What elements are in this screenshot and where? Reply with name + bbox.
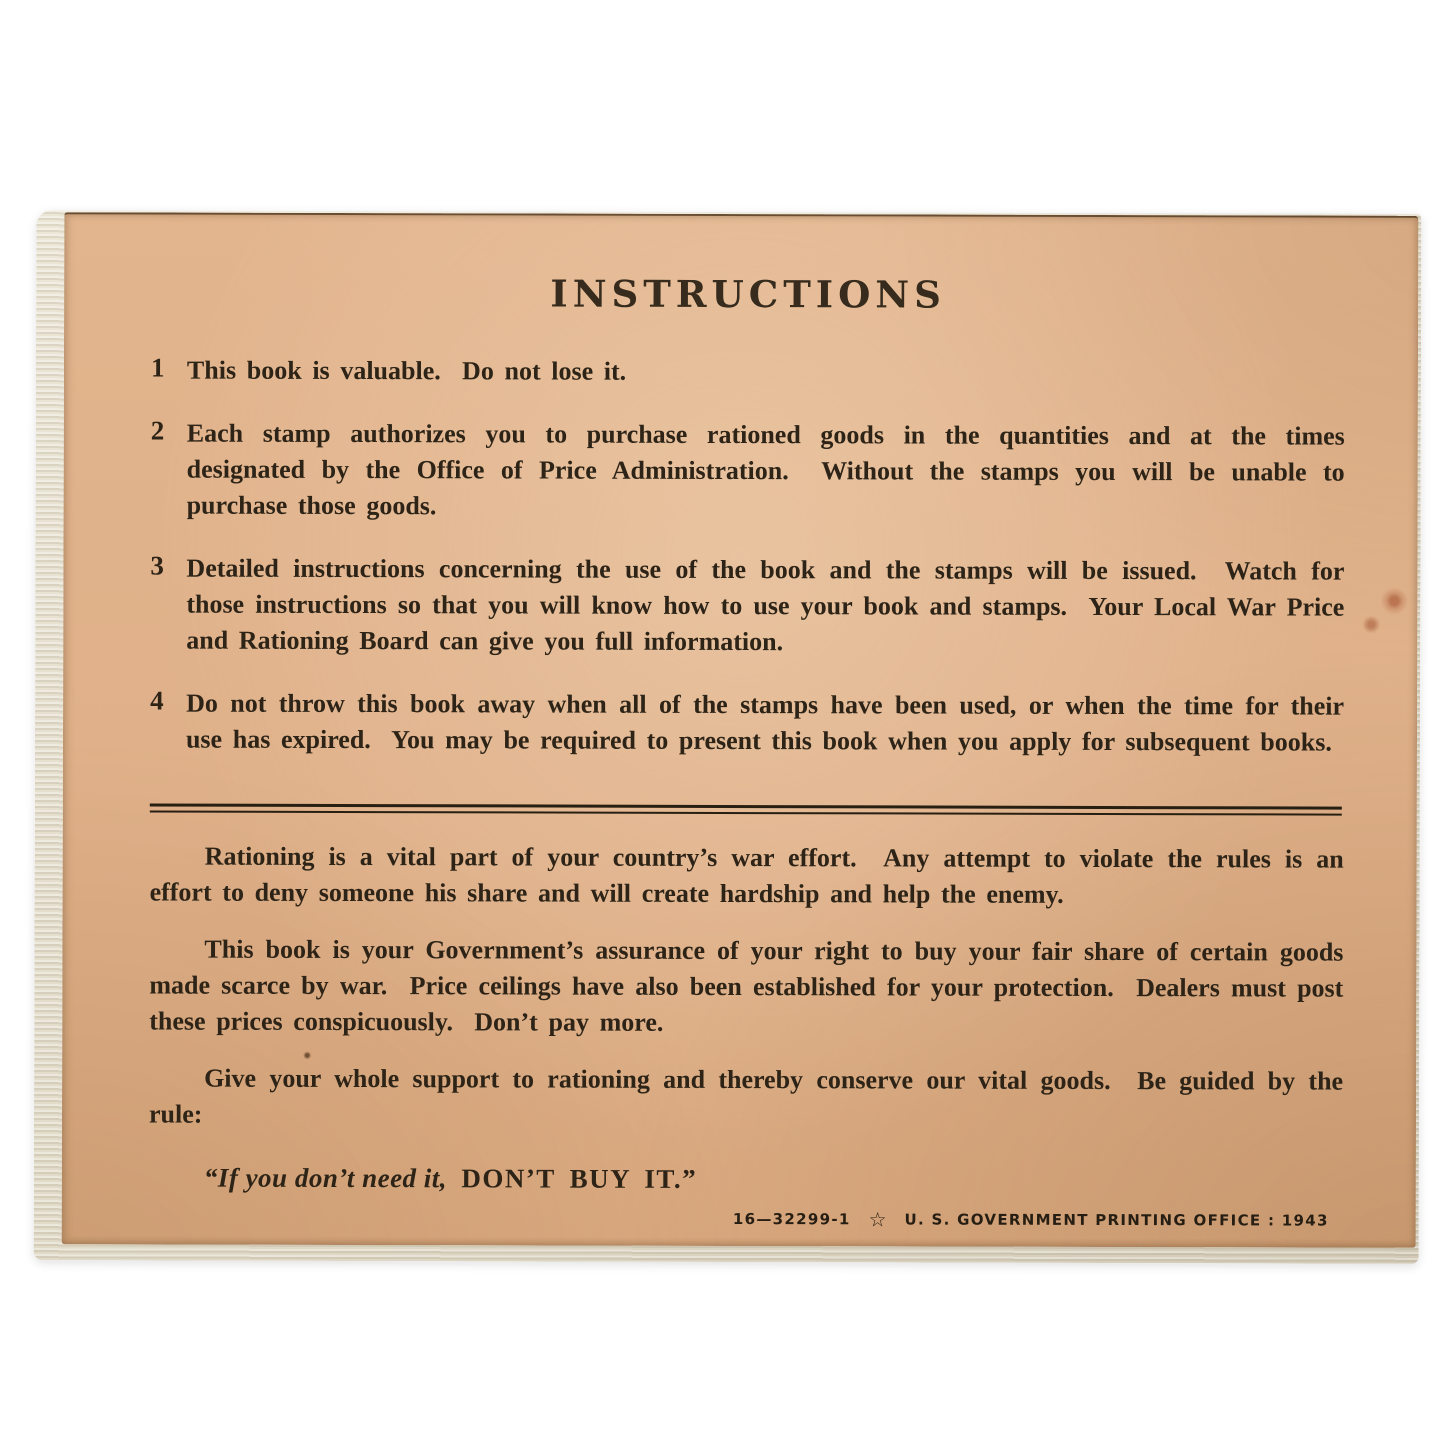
- rule-quote: “If you don’t need it, DON’T BUY IT.”: [204, 1163, 1343, 1197]
- item-text: Detailed instructions concerning the use…: [186, 551, 1344, 662]
- page-title: INSTRUCTIONS: [151, 270, 1345, 317]
- instruction-item: 3 Detailed instructions concerning the u…: [150, 550, 1344, 661]
- instruction-item: 2 Each stamp authorizes you to purchase …: [151, 415, 1345, 526]
- item-number: 1: [151, 352, 187, 388]
- star-icon: ☆: [869, 1207, 887, 1231]
- item-number: 4: [150, 685, 186, 757]
- instructions-page: INSTRUCTIONS 1 This book is valuable. Do…: [62, 212, 1419, 1248]
- quote-caps-text: DON’T BUY IT.”: [447, 1163, 697, 1194]
- paragraph-assurance: This book is your Government’s assurance…: [149, 931, 1343, 1042]
- item-text: Do not throw this book away when all of …: [186, 686, 1344, 761]
- item-text: Each stamp authorizes you to purchase ra…: [187, 416, 1345, 527]
- paragraph-rationing: Rationing is a vital part of your countr…: [150, 838, 1344, 913]
- imprint-office: U. S. GOVERNMENT PRINTING OFFICE : 1943: [905, 1210, 1329, 1229]
- instruction-item: 1 This book is valuable. Do not lose it.: [151, 352, 1345, 391]
- paragraph-support: Give your whole support to rationing and…: [149, 1060, 1343, 1135]
- instruction-item: 4 Do not throw this book away when all o…: [150, 685, 1344, 760]
- imprint-number: 16—32299-1: [733, 1210, 851, 1228]
- item-number: 3: [150, 550, 186, 658]
- item-text: This book is valuable. Do not lose it.: [187, 353, 1345, 392]
- double-rule-divider: [150, 803, 1342, 815]
- item-number: 2: [151, 415, 187, 523]
- ration-book: INSTRUCTIONS 1 This book is valuable. Do…: [34, 210, 1422, 1264]
- gpo-imprint-line: 16—32299-1 ☆ U. S. GOVERNMENT PRINTING O…: [149, 1205, 1343, 1232]
- page-content: INSTRUCTIONS 1 This book is valuable. Do…: [62, 214, 1419, 1248]
- quote-italic-text: “If you don’t need it,: [204, 1163, 447, 1194]
